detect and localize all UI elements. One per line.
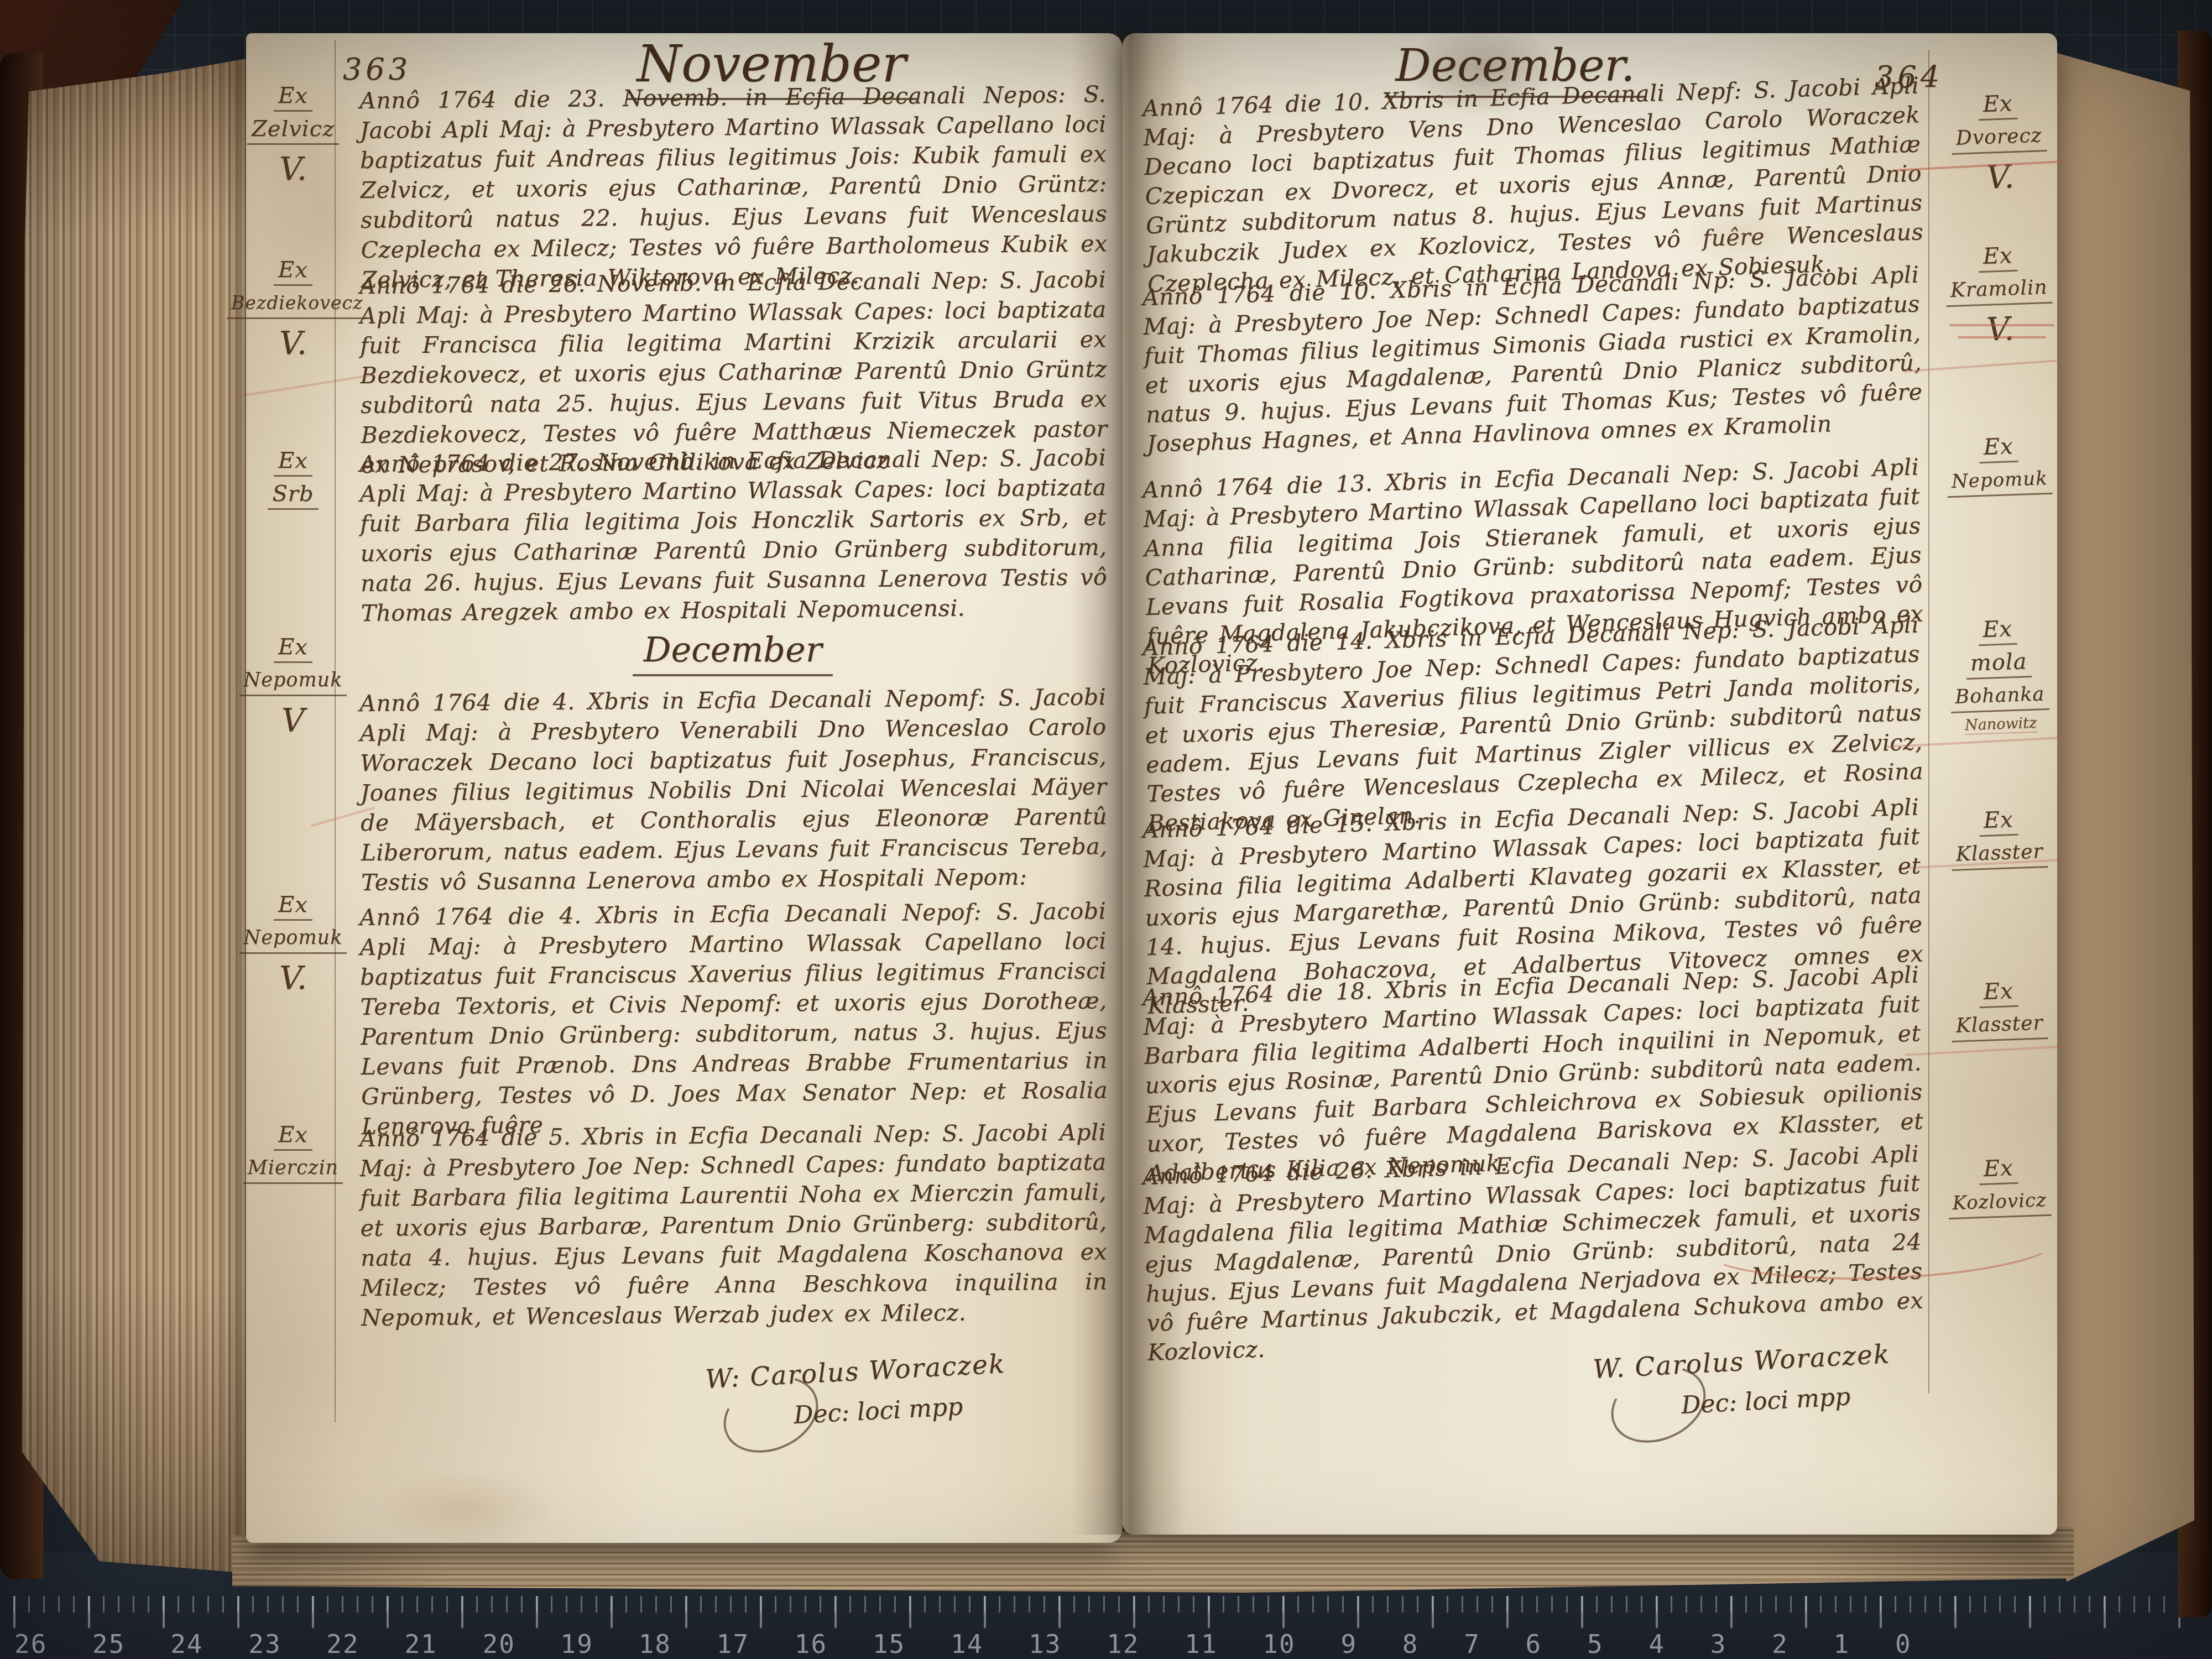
margin-note-nepomuk-1: Ex Nepomuk V	[232, 634, 354, 736]
margin-note-zelvicz: Ex Zelvicz V.	[235, 83, 351, 185]
left-page-edges	[22, 58, 250, 1573]
baptism-entry: Annô 1764 die 23. Novemb. in Ecfia Decan…	[359, 79, 1108, 295]
ruler-major-ticks	[13, 1596, 2212, 1628]
baptism-entry: Annô 1764 die 4. Xbris in Ecfia Decanali…	[359, 896, 1108, 1141]
dean-signature: W. Carolus Woraczek Dec: loci mpp	[1593, 1345, 1958, 1412]
ruler-numbers: 26 25 24 23 22 21 20 19 18 17 16 15 14 1…	[14, 1629, 1912, 1659]
month-header-december-left: December	[359, 629, 1106, 676]
baptism-entry: Annô 1764 die 27. Novemb. in Ecfia Decan…	[359, 442, 1108, 628]
left-page: 363 November Ex Zelvicz V. Ex Bezdiekove…	[246, 33, 1123, 1543]
right-page: 364 December. Ex Dvorecz V. Ex Kramolin …	[1123, 33, 2057, 1535]
baptism-entry: Annô 1764 die 10. Xbris in Ecfia Decanal…	[1142, 260, 1924, 459]
margin-rule	[1928, 50, 1929, 1394]
margin-note-srb: Ex Srb	[235, 448, 351, 514]
margin-note-bezdiekovecz: Ex Bezdiekovecz V.	[227, 257, 359, 359]
red-ink-mark	[1949, 324, 2054, 326]
baptism-entry: Annô 1764 die 4. Xbris in Ecfia Decanali…	[359, 682, 1108, 898]
page-number: 363	[343, 52, 411, 87]
margin-note-nepomuk: Ex Nepomuk	[1937, 432, 2061, 503]
baptism-entry: Annô 1764 die 5. Xbris in Ecfia Decanali…	[359, 1117, 1108, 1333]
dean-signature: W: Carolus Woraczek Dec: loci mpp	[705, 1355, 1070, 1422]
red-ink-mark	[1958, 336, 2046, 338]
right-page-edges	[2049, 51, 2194, 1582]
margin-note-mierczin: Ex Mierczin	[232, 1122, 354, 1188]
margin-note-mola-bohanka: Ex mola Bohanka Nanowitz	[1936, 614, 2062, 736]
margin-note-nepomuk-2: Ex Nepomuk V.	[232, 892, 354, 994]
margin-note-kramolin: Ex Kramolin V.	[1937, 241, 2062, 347]
margin-note-klasster-2: Ex Klasster	[1937, 977, 2061, 1047]
margin-note-dvorecz: Ex Dvorecz V.	[1937, 89, 2062, 195]
